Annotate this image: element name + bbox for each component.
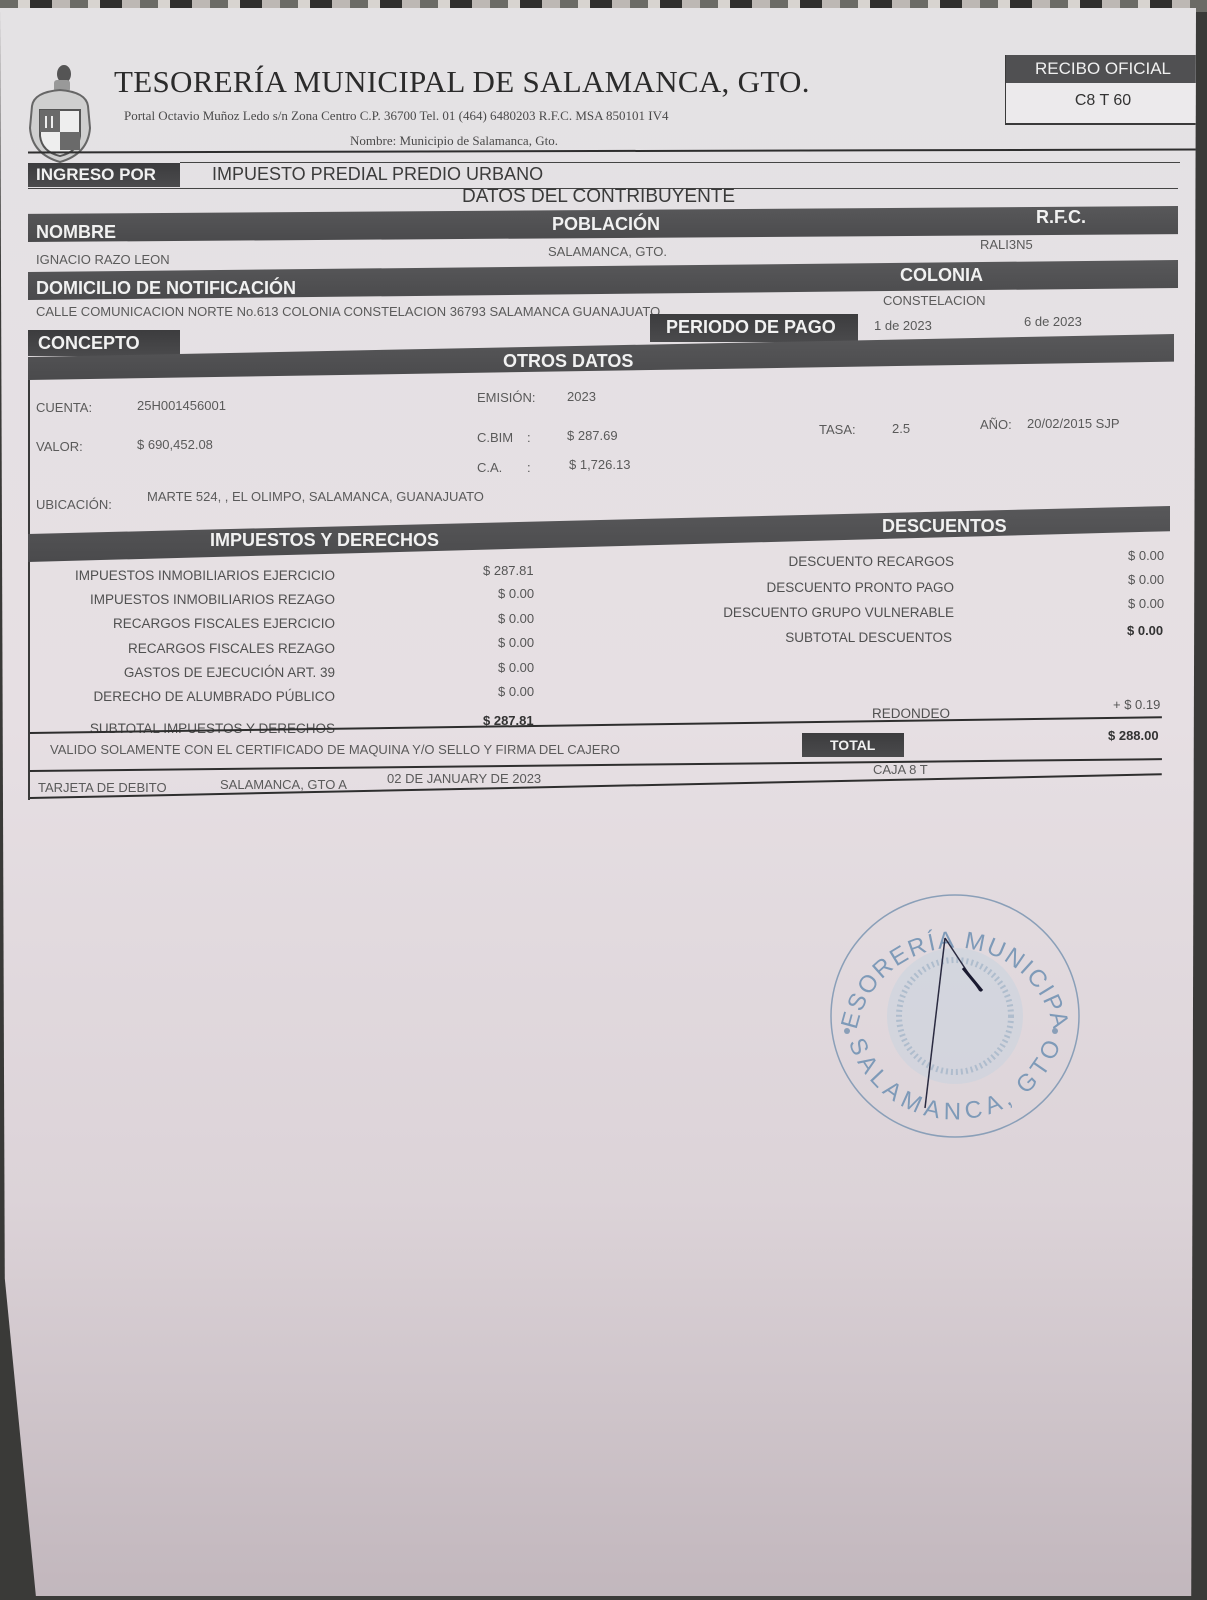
impuesto-item-value: $ 0.00 xyxy=(498,586,534,601)
cuenta-label: CUENTA: xyxy=(36,400,92,415)
tasa-label: TASA: xyxy=(819,422,856,437)
cbim-colon: : xyxy=(527,430,531,445)
descuentos-subtotal-value: $ 0.00 xyxy=(1127,623,1163,638)
official-seal-icon: TESORERÍA MUNICIPAL SALAMANCA, GTO xyxy=(825,888,1085,1143)
descuento-item-label: DESCUENTO PRONTO PAGO xyxy=(634,580,954,595)
left-border xyxy=(28,380,30,800)
periodo-label-box: PERIODO DE PAGO xyxy=(650,314,858,342)
descuento-item-value: $ 0.00 xyxy=(1128,596,1164,611)
total-value: $ 288.00 xyxy=(1108,728,1159,743)
fecha: 02 DE JANUARY DE 2023 xyxy=(387,771,541,786)
impuesto-item-value: $ 287.81 xyxy=(483,563,534,578)
descuento-item-label: DESCUENTO RECARGOS xyxy=(634,554,954,569)
domicilio-value: CALLE COMUNICACION NORTE No.613 COLONIA … xyxy=(36,304,660,319)
ubicacion-value: MARTE 524, , EL OLIMPO, SALAMANCA, GUANA… xyxy=(147,489,484,504)
impuesto-item-value: $ 0.00 xyxy=(498,611,534,626)
anio-label: AÑO: xyxy=(980,417,1012,432)
descuento-item-label: DESCUENTO GRUPO VULNERABLE xyxy=(634,605,954,620)
descuento-item-value: $ 0.00 xyxy=(1128,548,1164,563)
anio-value: 20/02/2015 SJP xyxy=(1027,416,1120,431)
otros-datos-title: OTROS DATOS xyxy=(503,351,633,372)
receipt-number: C8 T 60 xyxy=(1006,83,1200,119)
cuenta-value: 25H001456001 xyxy=(137,398,226,413)
forma-pago: TARJETA DE DEBITO xyxy=(38,780,167,795)
ca-colon: : xyxy=(527,460,531,475)
impuesto-item-value: $ 0.00 xyxy=(498,635,534,650)
receipt-paper: TESORERÍA MUNICIPAL DE SALAMANCA, GTO. P… xyxy=(0,8,1196,1596)
periodo-desde: 1 de 2023 xyxy=(874,318,932,333)
footer-rule-3 xyxy=(30,773,1162,799)
poblacion-label: POBLACIÓN xyxy=(552,214,660,235)
cbim-value: $ 287.69 xyxy=(567,428,618,443)
poblacion-value: SALAMANCA, GTO. xyxy=(548,244,667,259)
tasa-value: 2.5 xyxy=(892,421,910,436)
impuesto-item-label: IMPUESTOS INMOBILIARIOS REZAGO xyxy=(15,592,335,607)
concepto-label: CONCEPTO xyxy=(38,333,140,354)
impuesto-item-label: RECARGOS FISCALES EJERCICIO xyxy=(15,616,335,631)
valor-label: VALOR: xyxy=(36,439,83,454)
impuestos-title: IMPUESTOS Y DERECHOS xyxy=(210,530,439,551)
receipt-label: RECIBO OFICIAL xyxy=(1006,55,1200,83)
header-divider xyxy=(28,148,1196,153)
ingreso-top-line xyxy=(180,162,1180,163)
emision-value: 2023 xyxy=(567,389,596,404)
ubicacion-label: UBICACIÓN: xyxy=(36,497,112,512)
nombre-value: IGNACIO RAZO LEON xyxy=(36,252,170,267)
ingreso-value: IMPUESTO PREDIAL PREDIO URBANO xyxy=(212,164,543,185)
coat-of-arms-icon xyxy=(24,58,96,166)
rfc-value: RALI3N5 xyxy=(980,237,1033,252)
ingreso-label-box: INGRESO POR xyxy=(28,163,180,187)
impuesto-item-label: RECARGOS FISCALES REZAGO xyxy=(15,641,335,656)
periodo-label: PERIODO DE PAGO xyxy=(666,317,836,338)
impuesto-item-label: DERECHO DE ALUMBRADO PÚBLICO xyxy=(15,689,335,704)
periodo-hasta: 6 de 2023 xyxy=(1024,314,1082,329)
redondeo-value: + $ 0.19 xyxy=(1113,697,1160,712)
treasury-name-line: Nombre: Municipio de Salamanca, Gto. xyxy=(350,133,558,149)
impuesto-item-label: IMPUESTOS INMOBILIARIOS EJERCICIO xyxy=(15,568,335,583)
ingreso-label: INGRESO POR xyxy=(36,165,156,185)
receipt-number-box: RECIBO OFICIAL C8 T 60 xyxy=(1005,55,1202,125)
descuento-item-value: $ 0.00 xyxy=(1128,572,1164,587)
total-label: TOTAL xyxy=(830,737,875,753)
contribuyente-title: DATOS DEL CONTRIBUYENTE xyxy=(462,186,735,208)
emision-label: EMISIÓN: xyxy=(477,390,536,405)
colonia-value: CONSTELACION xyxy=(883,293,986,308)
cbim-label: C.BIM xyxy=(477,430,513,445)
redondeo-label: REDONDEO xyxy=(630,706,950,721)
impuesto-item-value: $ 0.00 xyxy=(498,660,534,675)
domicilio-label: DOMICILIO DE NOTIFICACIÓN xyxy=(36,278,296,299)
impuesto-item-label: GASTOS DE EJECUCIÓN ART. 39 xyxy=(15,665,335,680)
concepto-label-box: CONCEPTO xyxy=(28,330,180,356)
valor-value: $ 690,452.08 xyxy=(137,437,213,452)
nombre-label: NOMBRE xyxy=(36,222,116,243)
colonia-label: COLONIA xyxy=(900,265,983,286)
treasury-title: TESORERÍA MUNICIPAL DE SALAMANCA, GTO. xyxy=(114,64,810,100)
rfc-label: R.F.C. xyxy=(1036,207,1086,228)
treasury-address: Portal Octavio Muñoz Ledo s/n Zona Centr… xyxy=(124,108,669,124)
descuentos-title: DESCUENTOS xyxy=(882,516,1007,537)
ca-label: C.A. xyxy=(477,460,502,475)
footer-rule-2 xyxy=(30,758,1162,772)
descuentos-subtotal-label: SUBTOTAL DESCUENTOS xyxy=(632,630,952,645)
caja: CAJA 8 T xyxy=(873,762,928,777)
impuesto-item-value: $ 0.00 xyxy=(498,684,534,699)
total-label-box: TOTAL xyxy=(802,733,904,757)
ca-value: $ 1,726.13 xyxy=(569,457,630,472)
validez-text: VALIDO SOLAMENTE CON EL CERTIFICADO DE M… xyxy=(50,742,620,757)
